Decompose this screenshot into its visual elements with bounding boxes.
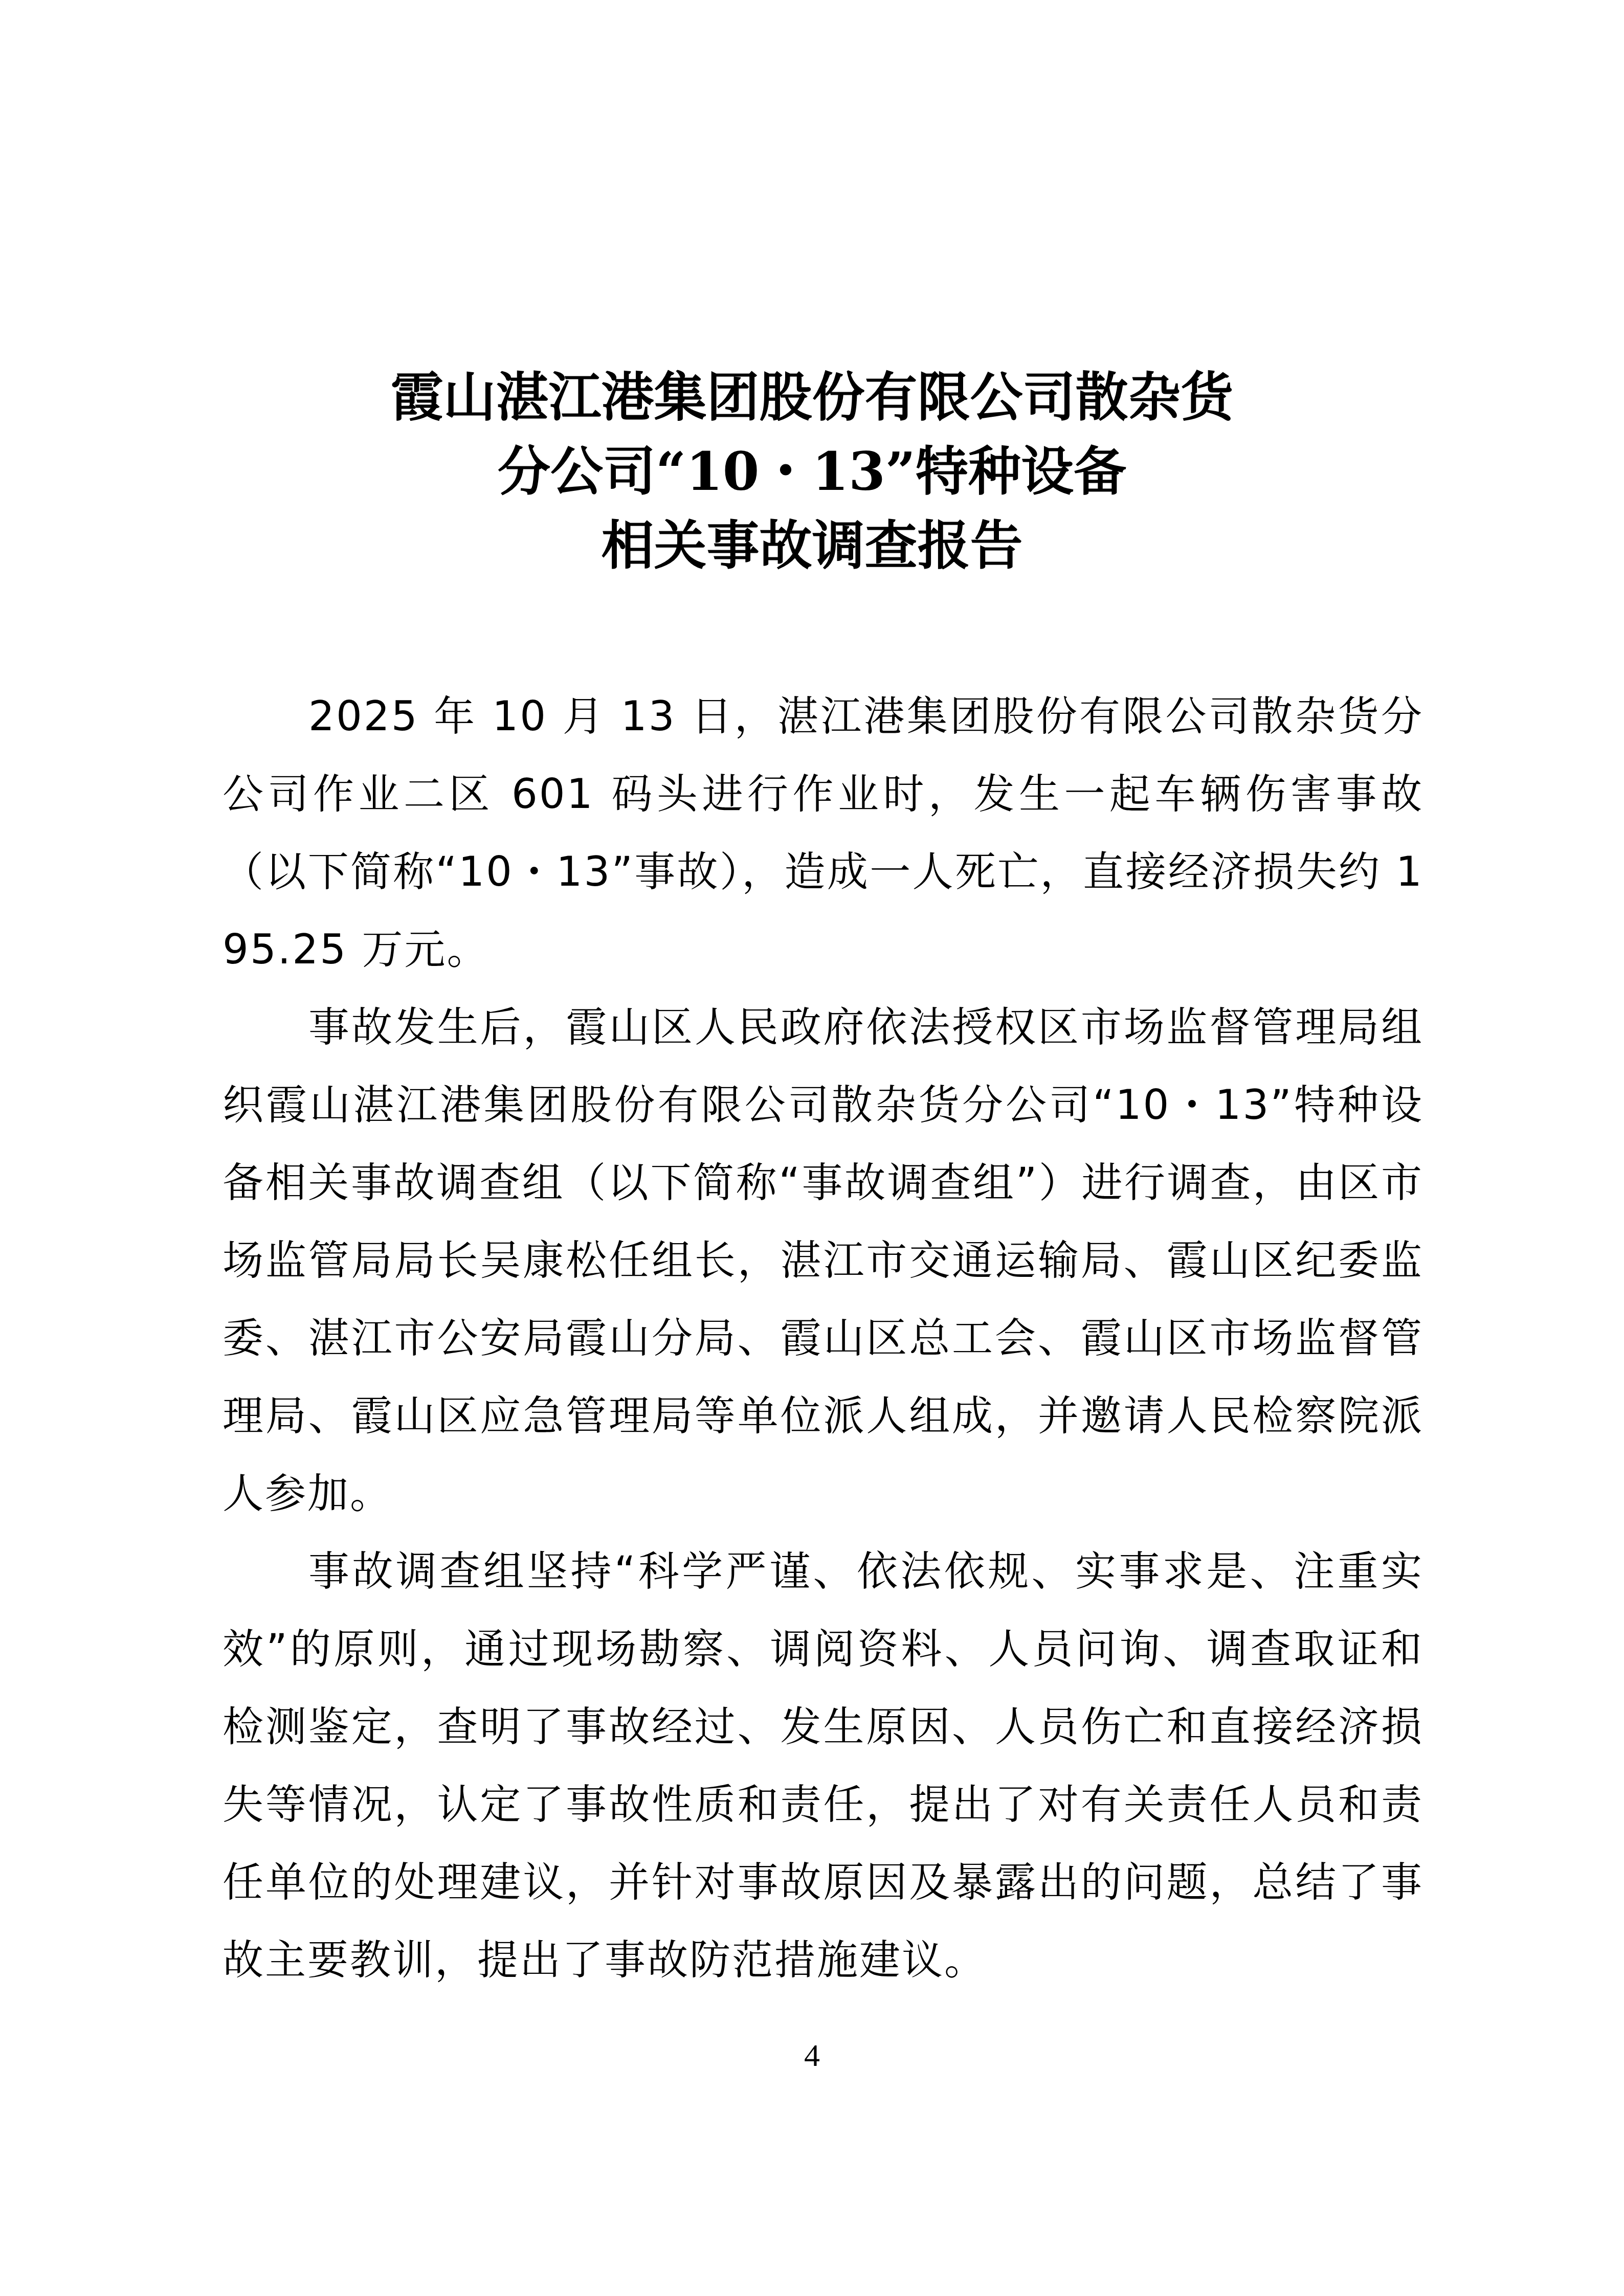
paragraph-investigation-principles: 事故调查组坚持“科学严谨、依法依规、实事求是、注重实效”的原则，通过现场勘察、调… <box>223 1533 1423 1999</box>
document-page: 霞山湛江港集团股份有限公司散杂货 分公司“10・13”特种设备 相关事故调查报告… <box>0 0 1624 2296</box>
title-line-2: 分公司“10・13”特种设备 <box>0 435 1624 509</box>
paragraph-incident-summary: 2025 年 10 月 13 日，湛江港集团股份有限公司散杂货分公司作业二区 6… <box>223 678 1423 988</box>
title-line-1: 霞山湛江港集团股份有限公司散杂货 <box>0 361 1624 435</box>
title-line-3: 相关事故调查报告 <box>0 509 1624 583</box>
report-title: 霞山湛江港集团股份有限公司散杂货 分公司“10・13”特种设备 相关事故调查报告 <box>0 361 1624 583</box>
report-body: 2025 年 10 月 13 日，湛江港集团股份有限公司散杂货分公司作业二区 6… <box>223 678 1423 1999</box>
page-number: 4 <box>0 2033 1624 2079</box>
paragraph-investigation-team: 事故发生后，霞山区人民政府依法授权区市场监督管理局组织霞山湛江港集团股份有限公司… <box>223 988 1423 1533</box>
